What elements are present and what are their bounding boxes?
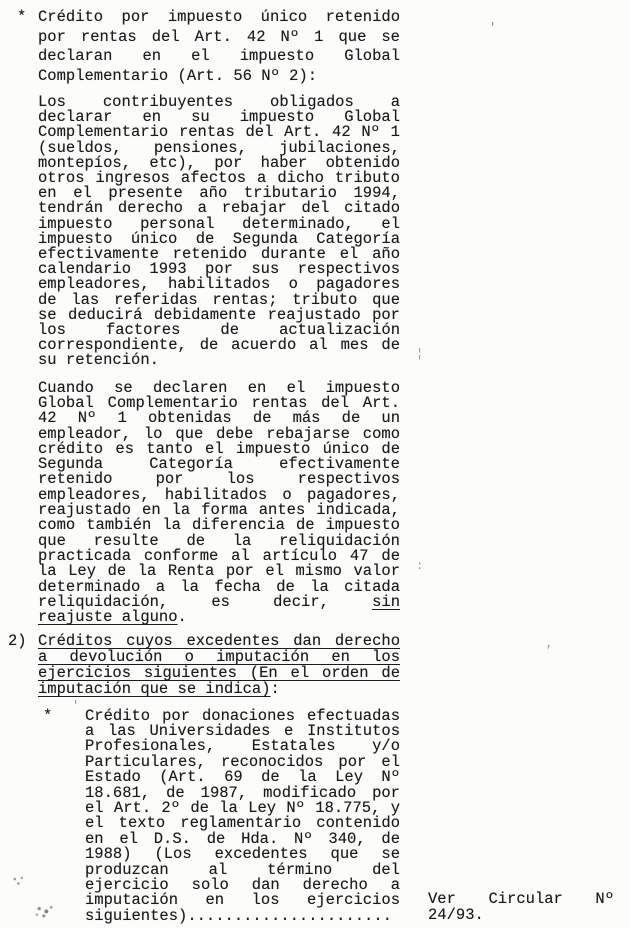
text-line: Crédito por impuesto único retenido xyxy=(38,8,400,28)
text-line: declaran en el impuesto Global xyxy=(38,47,400,67)
section-credito-impuesto-unico: * Crédito por impuesto único retenidopor… xyxy=(17,8,630,86)
text-segment: . xyxy=(178,608,187,626)
text-segment: : xyxy=(271,680,280,698)
text-line: su retención. xyxy=(38,353,400,368)
paragraph-contribuyentes: Los contribuyentes obligados adeclarar e… xyxy=(38,95,400,369)
text-line: imputación que se indica): xyxy=(38,682,400,698)
section-creditos-excedentes: 2) Créditos cuyos excedentes dan derecho… xyxy=(8,634,630,697)
text-line: 24/93. xyxy=(428,907,614,923)
underlined-text: sin xyxy=(372,593,400,611)
scan-artifact: ’ xyxy=(545,645,552,657)
underlined-text: reajuste alguno xyxy=(38,608,178,626)
text-line: reajuste alguno. xyxy=(38,610,400,625)
paragraph-body: Cuando se declaren en el impuestoGlobal … xyxy=(38,381,400,595)
scan-artifact: ¦ xyxy=(416,348,423,360)
scan-artifact: : xyxy=(416,560,423,572)
paragraph-cuando-se-declaren: Cuando se declaren en el impuestoGlobal … xyxy=(38,381,400,626)
scan-artifact: ' xyxy=(489,22,496,34)
text-line: Ver Circular Nº xyxy=(428,891,614,907)
scan-artifact: ' xyxy=(72,700,79,712)
heading-body: Créditos cuyos excedentes dan derechoa d… xyxy=(38,634,400,681)
underlined-text: imputación que se indica) xyxy=(38,680,271,698)
paragraph-heading-credito: Crédito por impuesto único retenidopor r… xyxy=(38,8,400,86)
paragraph-donaciones: Crédito por donaciones efectuadasa las U… xyxy=(85,709,400,925)
text-line: por rentas del Art. 42 Nº 1 que se xyxy=(38,28,400,48)
side-note-circular: Ver Circular Nº 24/93. xyxy=(428,891,614,923)
list-marker-2: 2) xyxy=(8,634,38,650)
text-line: Complementario (Art. 56 Nº 2): xyxy=(38,67,400,87)
text-line-dotted-leader: siguientes)...................... xyxy=(85,909,400,924)
paragraph-body: Crédito por donaciones efectuadasa las U… xyxy=(85,709,400,909)
scanned-page: * Crédito por impuesto único retenidopor… xyxy=(0,0,630,928)
paragraph-heading-creditos: Créditos cuyos excedentes dan derechoa d… xyxy=(38,634,400,697)
bullet-asterisk: * xyxy=(17,8,38,28)
